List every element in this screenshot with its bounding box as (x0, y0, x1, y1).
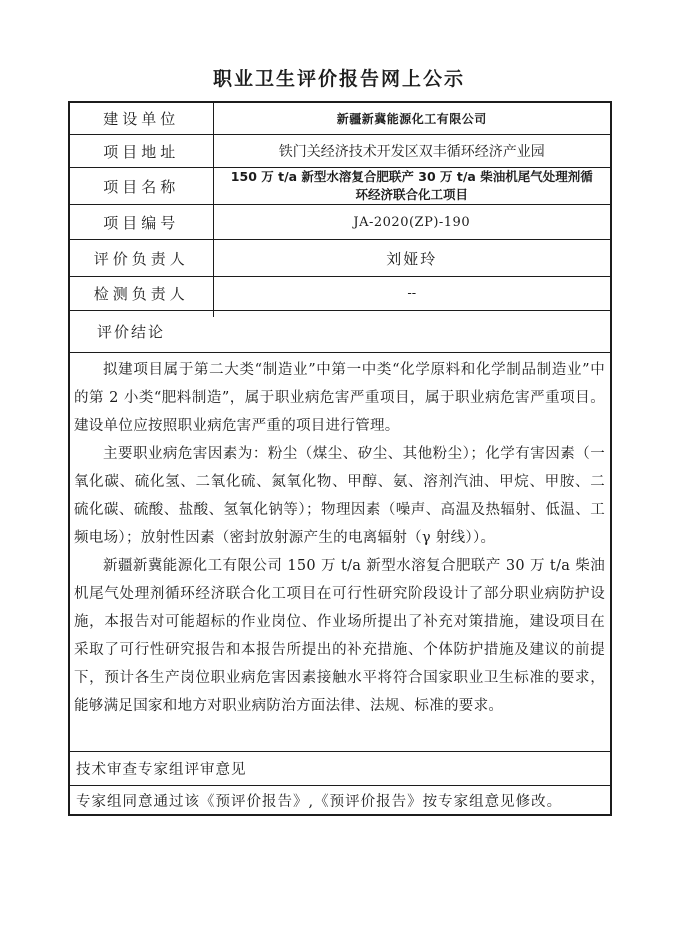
field-value-project-number: JA-2020(ZP)-190 (213, 205, 611, 240)
conclusion-paragraphs: 拟建项目属于第二大类“制造业”中第一中类“化学原料和化学制品制造业”中的第 2 … (69, 353, 611, 752)
field-value-evaluation-leader: 刘娅玲 (213, 240, 611, 277)
table-row-testing-leader: 检测负责人 -- (69, 277, 611, 311)
field-value-project-name: 150 万 t/a 新型水溶复合肥联产 30 万 t/a 柴油机尾气处理剂循环经… (213, 168, 611, 205)
field-value-project-address: 铁门关经济技术开发区双丰循环经济产业园 (213, 135, 611, 168)
table-row-project-number: 项目编号 JA-2020(ZP)-190 (69, 205, 611, 240)
field-label-project-number: 项目编号 (69, 205, 213, 240)
table-row-review-comment: 专家组同意通过该《预评价报告》,《预评价报告》按专家组意见修改。 (69, 786, 611, 816)
field-label-evaluation-leader: 评价负责人 (69, 240, 213, 277)
publicity-table: 建设单位 新疆新冀能源化工有限公司 项目地址 铁门关经济技术开发区双丰循环经济产… (68, 101, 612, 816)
field-value-testing-leader: -- (213, 277, 611, 311)
review-comment-text: 专家组同意通过该《预评价报告》,《预评价报告》按专家组意见修改。 (69, 786, 611, 816)
conclusion-paragraph-2: 主要职业病危害因素为：粉尘（煤尘、矽尘、其他粉尘）；化学有害因素（一氧化碳、硫化… (74, 440, 605, 552)
field-label-project-address: 项目地址 (69, 135, 213, 168)
field-label-construction-unit: 建设单位 (69, 102, 213, 135)
review-header-label: 技术审查专家组评审意见 (69, 752, 611, 786)
conclusion-header-label: 评价结论 (69, 311, 611, 353)
table-row-conclusion-header: 评价结论 (69, 311, 611, 353)
conclusion-paragraph-3: 新疆新冀能源化工有限公司 150 万 t/a 新型水溶复合肥联产 30 万 t/… (74, 552, 605, 720)
conclusion-paragraph-1: 拟建项目属于第二大类“制造业”中第一中类“化学原料和化学制品制造业”中的第 2 … (74, 356, 605, 440)
table-row-project-name: 项目名称 150 万 t/a 新型水溶复合肥联产 30 万 t/a 柴油机尾气处… (69, 168, 611, 205)
table-row-conclusion-body: 拟建项目属于第二大类“制造业”中第一中类“化学原料和化学制品制造业”中的第 2 … (69, 353, 611, 752)
field-label-testing-leader: 检测负责人 (69, 277, 213, 311)
table-row-evaluation-leader: 评价负责人 刘娅玲 (69, 240, 611, 277)
table-row-review-header: 技术审查专家组评审意见 (69, 752, 611, 786)
page-title: 职业卫生评价报告网上公示 (68, 64, 610, 91)
field-value-construction-unit: 新疆新冀能源化工有限公司 (213, 102, 611, 135)
field-label-project-name: 项目名称 (69, 168, 213, 205)
table-row-project-address: 项目地址 铁门关经济技术开发区双丰循环经济产业园 (69, 135, 611, 168)
table-row-construction-unit: 建设单位 新疆新冀能源化工有限公司 (69, 102, 611, 135)
document-page: 职业卫生评价报告网上公示 建设单位 新疆新冀能源化工有限公司 项目地址 铁门关经… (0, 0, 679, 945)
